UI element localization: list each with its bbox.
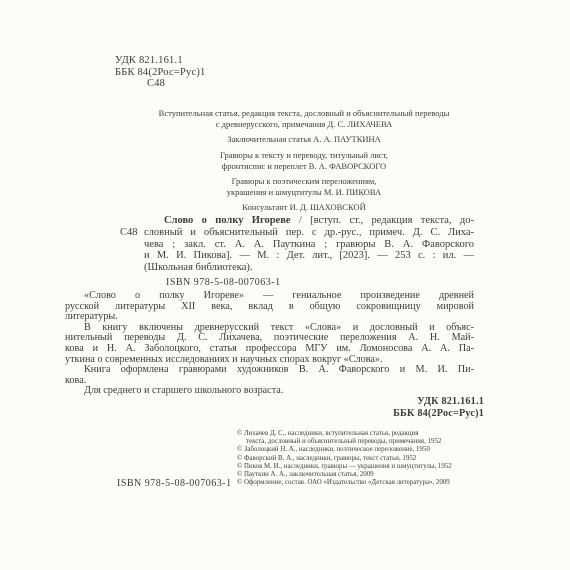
- text-line: © Фаворский В. А., наследники, гравюры, …: [237, 455, 489, 463]
- text-line: Гравюры к поэтическим переложениям,: [132, 176, 476, 187]
- credits-block: Вступительная статья, редакция текста, д…: [132, 108, 476, 218]
- text-line: © Заболоцкий Н. А., наследники, поэтичес…: [237, 446, 489, 454]
- annotation-paragraph-engravings: Книга оформлена гравюрами художников В. …: [65, 365, 474, 386]
- text-line: фронтиспис и переплет В. А. ФАВОРСКОГО: [132, 161, 476, 172]
- text-line: Заключительная статья А. А. ПАУТКИНА: [132, 134, 476, 145]
- text-line: © Пиков М. И., наследники, гравюры — укр…: [237, 463, 489, 471]
- text-line: © Пауткин А. А., заключительная статья, …: [237, 471, 489, 479]
- text-line: Вступительная статья, редакция текста, д…: [132, 108, 476, 119]
- credit-consultant: Консультант И. Д. ШАХОВСКОЙ: [132, 202, 476, 213]
- credit-likhachev: Вступительная статья, редакция текста, д…: [132, 108, 476, 130]
- credit-pikov: Гравюры к поэтическим переложениям,украш…: [132, 176, 476, 198]
- text-line: © Оформление, состав. ОАО «Издательство …: [237, 479, 489, 487]
- text-line: русской литературы XII века, вклад в общ…: [65, 302, 474, 313]
- book-title: Слово о полку Игореве: [164, 215, 291, 226]
- annotation-block: «Слово о полку Игореве» — гениальное про…: [65, 291, 474, 397]
- text-line: Консультант И. Д. ШАХОВСКОЙ: [132, 202, 476, 213]
- text-line: текста, дословный и объяснительный перев…: [237, 438, 489, 446]
- classification-codes-top: УДК 821.161.1 ББК 84(2Рос=Рус)1 С48: [115, 55, 206, 90]
- bbk-code-bottom: ББК 84(2Рос=Рус)1: [393, 408, 484, 420]
- text-line: с древнерусского, примечания Д. С. ЛИХАЧ…: [132, 119, 476, 130]
- copyright-block: © Лихачев Д. С., наследники, вступительн…: [237, 430, 489, 487]
- book-imprint-page: { "colors": { "paper": "#fcfcfa", "ink":…: [0, 0, 570, 570]
- udk-code-bottom: УДК 821.161.1: [393, 396, 484, 408]
- classification-codes-bottom: УДК 821.161.1 ББК 84(2Рос=Рус)1: [393, 396, 484, 420]
- credit-favorsky: Гравюры к тексту и переводу, титульный л…: [132, 150, 476, 172]
- copyright-likhachev: © Лихачев Д. С., наследники, вступительн…: [237, 430, 489, 446]
- text-line: Гравюры к тексту и переводу, титульный л…: [132, 150, 476, 161]
- catalog-entry-text: Слово о полку Игореве / [вступ. ст., ред…: [144, 215, 474, 274]
- isbn-bottom: ISBN 978-5-08-007063-1: [117, 478, 232, 489]
- annotation-paragraph-summary: «Слово о полку Игореве» — гениальное про…: [65, 291, 474, 323]
- annotation-paragraph-contents: В книгу включены древнерусский текст «Сл…: [65, 323, 474, 365]
- text-line: чева ; закл. ст. А. А. Пауткина ; гравюр…: [144, 239, 474, 251]
- udk-code-top: УДК 821.161.1: [115, 55, 206, 67]
- author-sign-margin: С48: [120, 215, 144, 274]
- catalog-entry: С48 Слово о полку Игореве / [вступ. ст.,…: [120, 215, 474, 274]
- catalog-entry-lines: словный и объяснительный пер. с др.-рус.…: [144, 227, 474, 274]
- copyright-pautkin: © Пауткин А. А., заключительная статья, …: [237, 471, 489, 479]
- text-line: © Лихачев Д. С., наследники, вступительн…: [237, 430, 489, 438]
- text-line: украшения и шмуцтитулы М. И. ПИКОВА: [132, 187, 476, 198]
- text-line: «Слово о полку Игореве» — гениальное про…: [65, 291, 474, 302]
- catalog-entry-first-line: Слово о полку Игореве / [вступ. ст., ред…: [144, 215, 474, 227]
- copyright-pikov: © Пиков М. И., наследники, гравюры — укр…: [237, 463, 489, 471]
- copyright-favorsky: © Фаворский В. А., наследники, гравюры, …: [237, 455, 489, 463]
- text-line: (Школьная библиотека).: [144, 262, 474, 274]
- text-line: и М. И. Пикова]. — М. : Дет. лит., [2023…: [144, 250, 474, 262]
- catalog-entry-first-line-rest: / [вступ. ст., редакция текста, до-: [291, 215, 474, 226]
- isbn-top: ISBN 978-5-08-007063-1: [166, 277, 281, 288]
- text-line: словный и объяснительный пер. с др.-рус.…: [144, 227, 474, 239]
- copyright-publisher: © Оформление, состав. ОАО «Издательство …: [237, 479, 489, 487]
- author-sign-top: С48: [115, 78, 206, 90]
- text-line: Книга оформлена гравюрами художников В. …: [65, 365, 474, 376]
- copyright-zabolotsky: © Заболоцкий Н. А., наследники, поэтичес…: [237, 446, 489, 454]
- bbk-code-top: ББК 84(2Рос=Рус)1: [115, 67, 206, 79]
- credit-pautkin: Заключительная статья А. А. ПАУТКИНА: [132, 134, 476, 145]
- text-line: кова и Н. А. Заболоцкого, статья професс…: [65, 344, 474, 355]
